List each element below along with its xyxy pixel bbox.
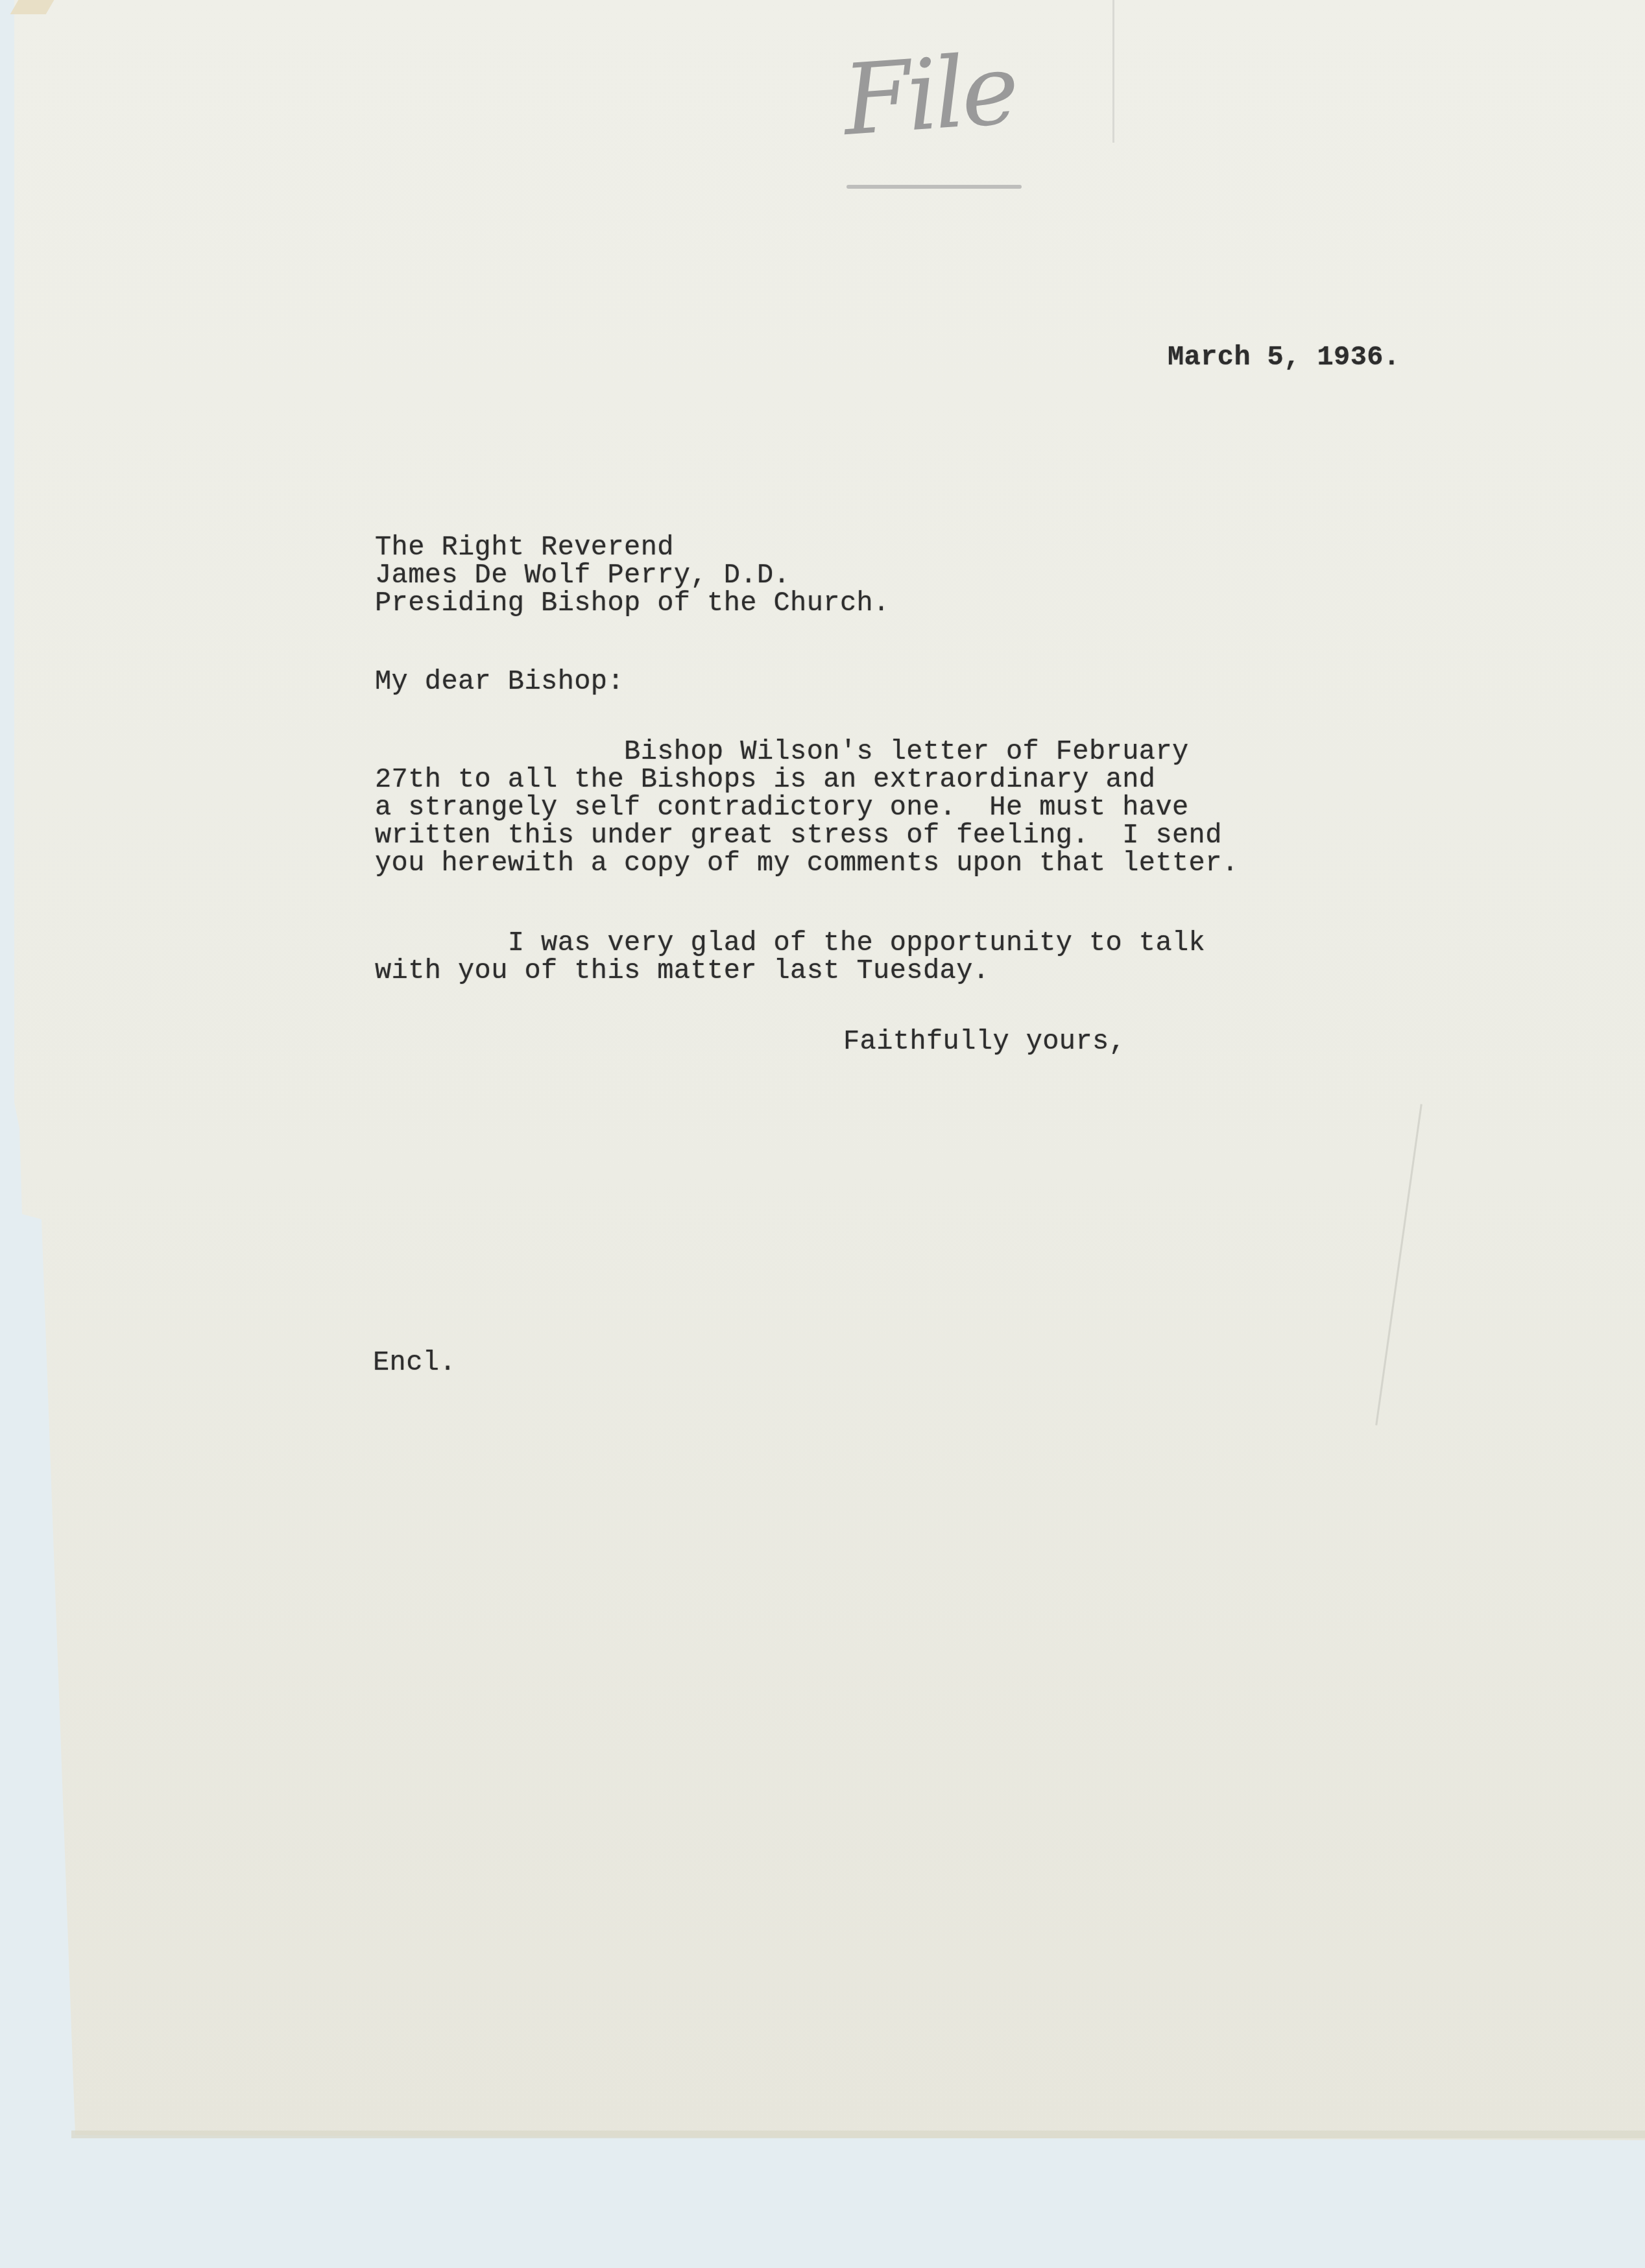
paragraph-1-line: written this under great stress of feeli…: [375, 820, 1222, 851]
paragraph-1-line: a strangely self contradictory one. He m…: [375, 792, 1189, 823]
paragraph-2-line: with you of this matter last Tuesday.: [375, 955, 989, 986]
enclosure-notation: Encl.: [373, 1349, 456, 1377]
fold-line: [1112, 0, 1114, 143]
complimentary-closing: Faithfully yours,: [843, 1028, 1125, 1056]
paragraph-1-line: Bishop Wilson's letter of February: [375, 736, 1189, 767]
handwritten-file-note: File: [839, 33, 1018, 158]
recipient-line-1: The Right Reverend: [375, 532, 674, 563]
recipient-address: The Right Reverend James De Wolf Perry, …: [375, 534, 890, 617]
body-paragraph-1: Bishop Wilson's letter of February 27th …: [375, 738, 1238, 877]
file-note-underline: [847, 185, 1022, 189]
letter-date: March 5, 1936.: [1168, 344, 1400, 372]
salutation: My dear Bishop:: [375, 668, 624, 696]
body-paragraph-2: I was very glad of the opportunity to ta…: [375, 929, 1205, 985]
paragraph-1-line: 27th to all the Bishops is an extraordin…: [375, 764, 1155, 795]
recipient-line-2: James De Wolf Perry, D.D.: [375, 560, 790, 591]
paragraph-1-line: you herewith a copy of my comments upon …: [375, 848, 1238, 879]
letter-page: [0, 0, 1645, 2140]
recipient-line-3: Presiding Bishop of the Church.: [375, 588, 890, 619]
paper-bottom-edge: [71, 2131, 1645, 2138]
paragraph-2-line: I was very glad of the opportunity to ta…: [375, 927, 1205, 959]
